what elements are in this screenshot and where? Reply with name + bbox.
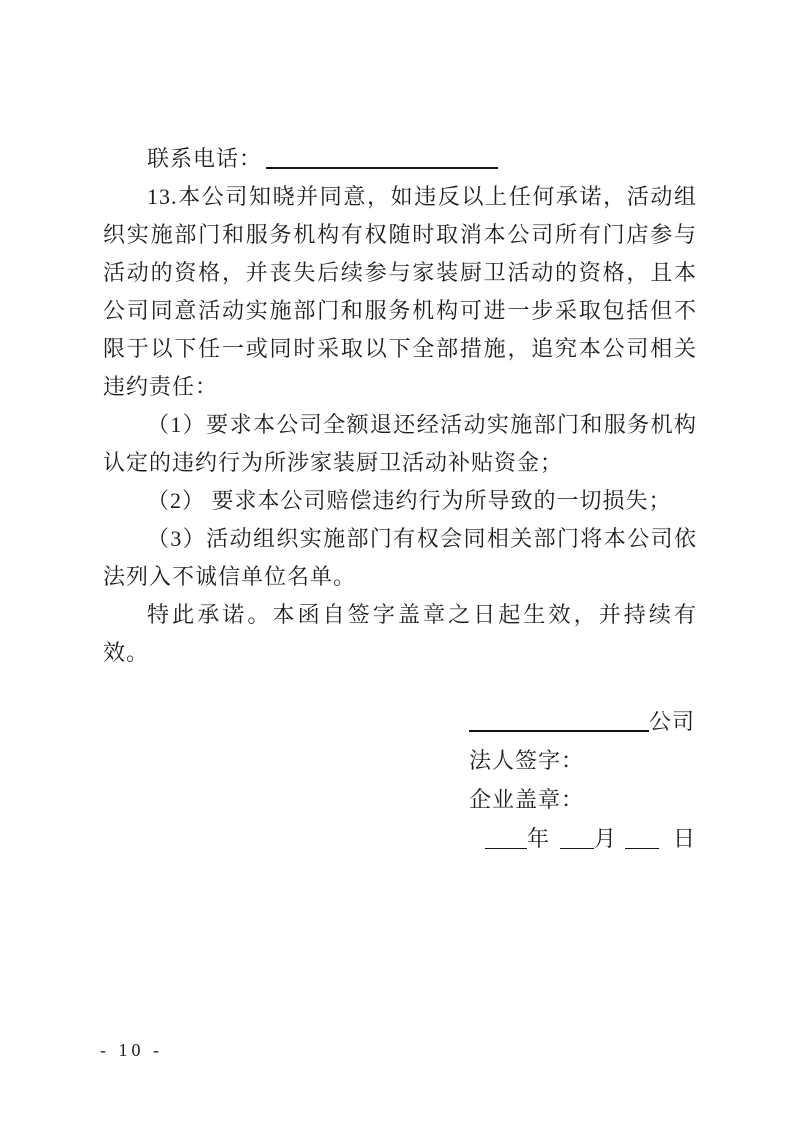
company-name-blank-field (469, 708, 649, 732)
company-suffix-label: 公司 (649, 709, 695, 734)
clause-13-item-2: （2） 要求本公司赔偿违约行为所导致的一切损失； (103, 482, 697, 520)
page-number: - 10 - (100, 1040, 163, 1061)
date-month-label: 月 (594, 826, 617, 851)
date-year-label: 年 (527, 826, 550, 851)
clause-13-paragraph: 13.本公司知晓并同意，如违反以上任何承诺，活动组织实施部门和服务机构有权随时取… (103, 178, 697, 406)
legal-person-signature-label: 法人签字： (469, 748, 584, 773)
closing-statement: 特此承诺。本函自签字盖章之日起生效，并持续有效。 (103, 596, 697, 672)
company-name-row: 公司 (469, 702, 697, 741)
clause-13-item-3: （3）活动组织实施部门有权会同相关部门将本公司依法列入不诚信单位名单。 (103, 520, 697, 596)
date-day-label: 日 (673, 826, 696, 851)
contact-phone-label: 联系电话： (147, 146, 262, 171)
contact-phone-row: 联系电话： (103, 140, 697, 178)
date-row: 年月日 (469, 819, 697, 858)
clause-13-item-1: （1）要求本公司全额退还经活动实施部门和服务机构认定的违约行为所涉家装厨卫活动补… (103, 406, 697, 482)
company-seal-label: 企业盖章： (469, 787, 584, 812)
date-year-blank-field (485, 826, 527, 849)
document-page: 联系电话： 13.本公司知晓并同意，如违反以上任何承诺，活动组织实施部门和服务机… (0, 0, 793, 1122)
signature-block: 公司 法人签字： 企业盖章： 年月日 (469, 702, 697, 858)
date-day-blank-field (625, 826, 659, 849)
contact-phone-blank-field (266, 145, 498, 169)
document-body: 联系电话： 13.本公司知晓并同意，如违反以上任何承诺，活动组织实施部门和服务机… (103, 140, 697, 858)
company-seal-row: 企业盖章： (469, 780, 697, 819)
date-month-blank-field (560, 826, 594, 849)
legal-person-signature-row: 法人签字： (469, 741, 697, 780)
